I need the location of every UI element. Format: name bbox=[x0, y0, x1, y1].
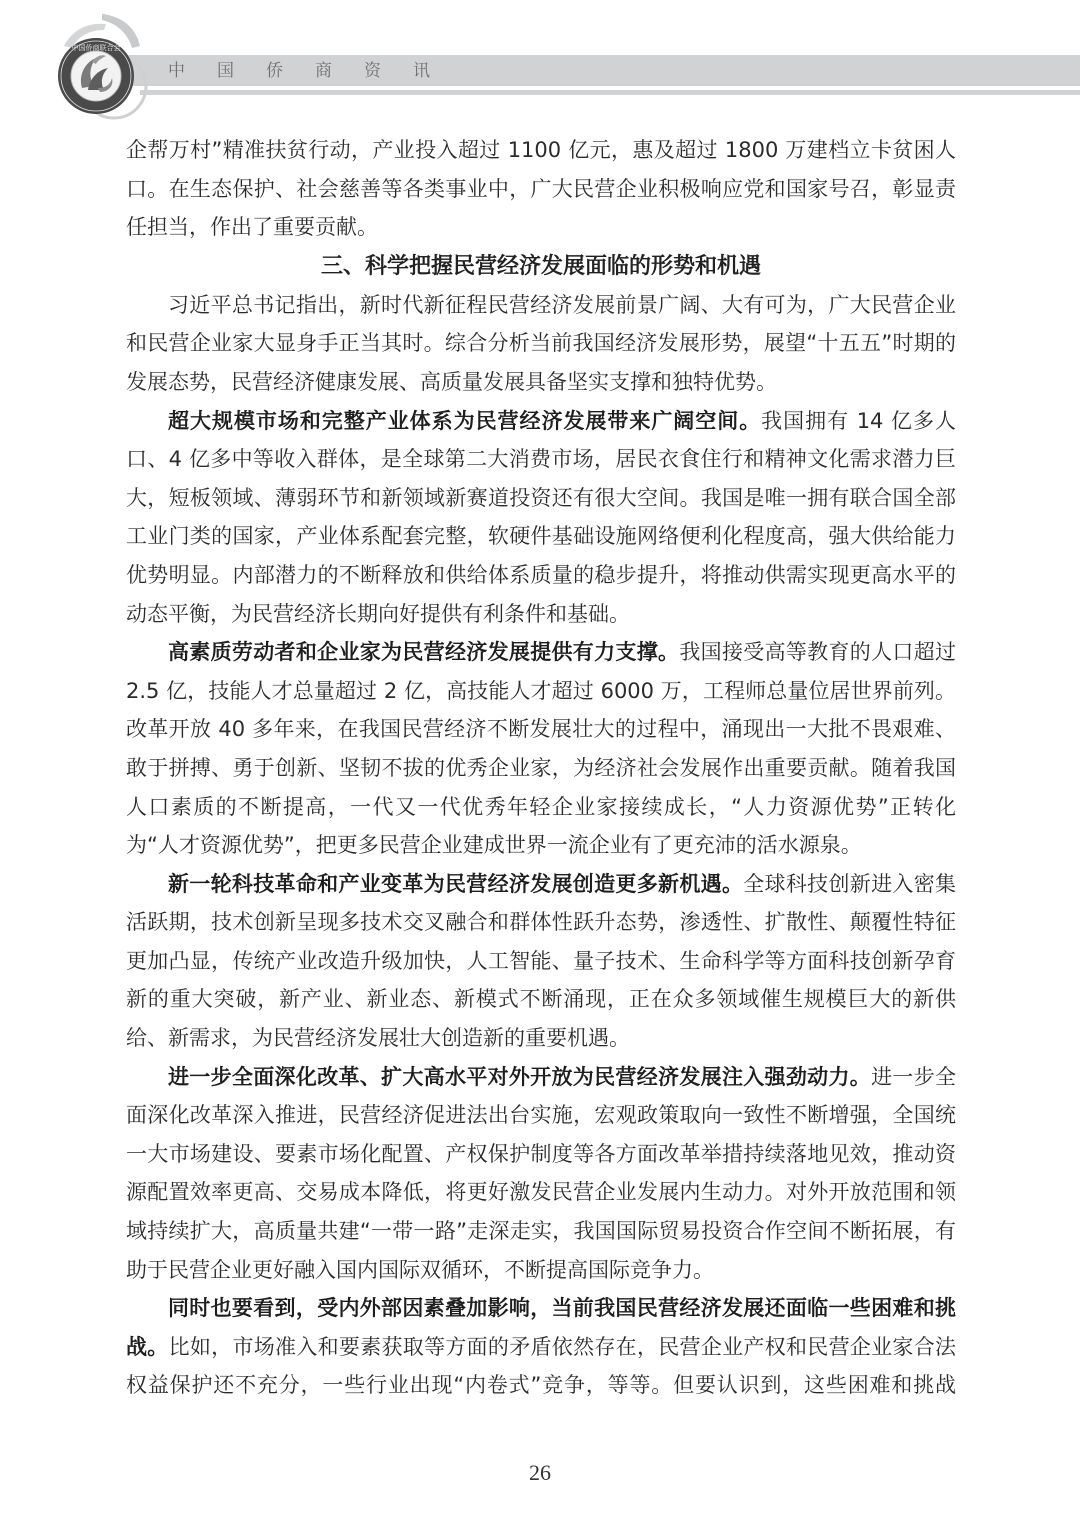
article-body: 企帮万村”精准扶贫行动，产业投入超过 1100 亿元，惠及超过 1800 万建档… bbox=[126, 131, 956, 1405]
paragraph-lead: 超大规模市场和完整产业体系为民营经济发展带来广阔空间。 bbox=[168, 409, 761, 433]
paragraph-1: 习近平总书记指出，新时代新征程民营经济发展前景广阔、大有可为，广大民营企业和民营… bbox=[126, 286, 956, 402]
federation-logo-icon: 中国侨商联合会 bbox=[44, 8, 164, 123]
paragraph-6: 同时也要看到，受内外部因素叠加影响，当前我国民营经济发展还面临一些困难和挑战。比… bbox=[126, 1289, 956, 1405]
continued-paragraph: 企帮万村”精准扶贫行动，产业投入超过 1100 亿元，惠及超过 1800 万建档… bbox=[126, 131, 956, 247]
paragraph-text: 我国拥有 14 亿多人口、4 亿多中等收入群体，是全球第二大消费市场，居民衣食住… bbox=[126, 409, 956, 626]
svg-text:中国侨商联合会: 中国侨商联合会 bbox=[72, 43, 121, 52]
page-number: 26 bbox=[0, 1460, 1080, 1486]
paragraph-text: 进一步全面深化改革深入推进，民营经济促进法出台实施，宏观政策取向一致性不断增强，… bbox=[126, 1065, 956, 1282]
paragraph-lead: 新一轮科技革命和产业变革为民营经济发展创造更多新机遇。 bbox=[168, 872, 743, 896]
paragraph-2: 超大规模市场和完整产业体系为民营经济发展带来广阔空间。我国拥有 14 亿多人口、… bbox=[126, 402, 956, 634]
paragraph-text: 我国接受高等教育的人口超过 2.5 亿，技能人才总量超过 2 亿，高技能人才超过… bbox=[126, 640, 956, 857]
paragraph-text: 全球科技创新进入密集活跃期，技术创新呈现多技术交叉融合和群体性跃升态势，渗透性、… bbox=[126, 872, 956, 1050]
paragraph-lead: 高素质劳动者和企业家为民营经济发展提供有力支撑。 bbox=[168, 640, 679, 664]
paragraph-text: 习近平总书记指出，新时代新征程民营经济发展前景广阔、大有可为，广大民营企业和民营… bbox=[126, 293, 956, 394]
section-heading: 三、科学把握民营经济发展面临的形势和机遇 bbox=[126, 248, 956, 286]
header-divider-line bbox=[140, 90, 1080, 95]
paragraph-4: 新一轮科技革命和产业变革为民营经济发展创造更多新机遇。全球科技创新进入密集活跃期… bbox=[126, 865, 956, 1058]
paragraph-3: 高素质劳动者和企业家为民营经济发展提供有力支撑。我国接受高等教育的人口超过 2.… bbox=[126, 633, 956, 865]
paragraph-text: 比如，市场准入和要素获取等方面的矛盾依然存在，民营企业产权和民营企业家合法权益保… bbox=[126, 1335, 956, 1398]
page-header: 中国侨商资讯 中国侨商联合会 bbox=[0, 0, 1080, 120]
paragraph-lead: 进一步全面深化改革、扩大高水平对外开放为民营经济发展注入强劲动力。 bbox=[168, 1065, 871, 1089]
publication-title: 中国侨商资讯 bbox=[168, 58, 462, 84]
paragraph-5: 进一步全面深化改革、扩大高水平对外开放为民营经济发展注入强劲动力。进一步全面深化… bbox=[126, 1058, 956, 1290]
